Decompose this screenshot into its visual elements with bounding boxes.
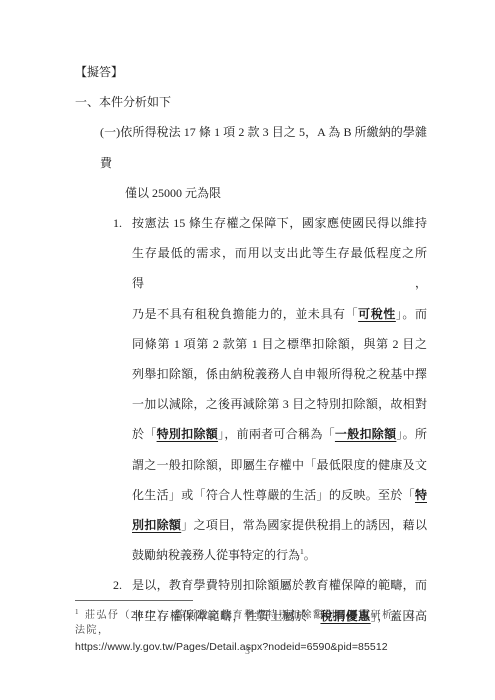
text-line: (一)依所得稅法 17 條 1 項 2 款 3 目之 5，A 為 B 所繳納的學… — [75, 117, 427, 177]
footnote-separator — [75, 600, 193, 601]
text-line: 一加以減除，之後再減除第 3 目之特別扣除額，故相對 — [75, 389, 427, 419]
text-line: 鼓勵納稅義務人從事特定的行為1。 — [75, 540, 427, 570]
text-line: 僅以 25000 元為限 — [75, 178, 427, 208]
text-line: 於「特別扣除額」，前兩者可合稱為「一般扣除額」。所 — [75, 419, 427, 449]
text-line: 列舉扣除額，係由納稅義務人自申報所得稅之稅基中擇 — [75, 359, 427, 389]
footnote-marker: 1 — [75, 608, 80, 616]
text-line: 別扣除額」之項目，常為國家提供稅捐上的誘因，藉以 — [75, 510, 427, 540]
footnote-section: 1莊弘伃（2017），綜所稅之教育學費特別扣除額相關問題研析，立法院， http… — [75, 600, 427, 653]
list-number: 2. — [113, 570, 132, 600]
footnote-citation: 莊弘伃（2017），綜所稅之教育學費特別扣除額相關問題研析，立法院， — [75, 610, 417, 636]
text-line: 1.按憲法 15 條生存權之保障下，國家應使國民得以維持 — [75, 208, 427, 238]
list-item-text: 按憲法 15 條生存權之保障下，國家應使國民得以維持 — [132, 208, 427, 238]
text-line: 化生活」或「符合人性尊嚴的生活」的反映。至於「特 — [75, 480, 427, 510]
footnote-text-line: 1莊弘伃（2017），綜所稅之教育學費特別扣除額相關問題研析，立法院， — [75, 608, 427, 638]
document-body: 【擬答】一、本件分析如下(一)依所得稅法 17 條 1 項 2 款 3 目之 5… — [75, 57, 427, 631]
document-page: 【擬答】一、本件分析如下(一)依所得稅法 17 條 1 項 2 款 3 目之 5… — [0, 0, 495, 700]
page-number: 3 — [0, 647, 495, 657]
list-number: 1. — [113, 208, 132, 238]
text-line: 2.是以，教育學費特別扣除額屬於教育權保障的範疇，而 — [75, 570, 427, 600]
text-line: 【擬答】 — [75, 57, 427, 87]
list-item-text: 是以，教育學費特別扣除額屬於教育權保障的範疇，而 — [132, 570, 427, 600]
text-line: 乃是不具有租稅負擔能力的，並未具有「可稅性」。而 — [75, 299, 427, 329]
text-line: 謂之一般扣除額，即屬生存權中「最低限度的健康及文 — [75, 450, 427, 480]
text-line: 同條第 1 項第 2 款第 1 目之標準扣除額，與第 2 目之 — [75, 329, 427, 359]
text-line: 生存最低的需求，而用以支出此等生存最低程度之所得， — [75, 238, 427, 298]
text-line: 一、本件分析如下 — [75, 87, 427, 117]
